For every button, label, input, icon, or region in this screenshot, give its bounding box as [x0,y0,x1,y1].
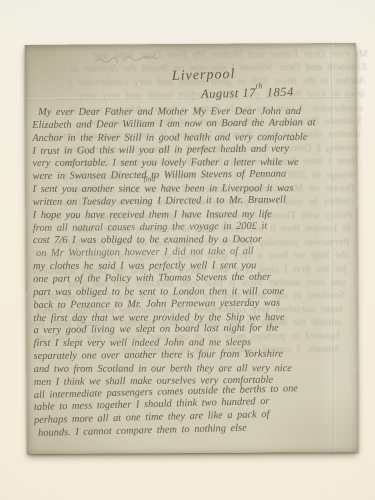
letter-line: a very good living we slept on board las… [33,322,357,338]
letter-line: one part of the Policy with Thomas Steve… [33,271,357,287]
letter-paper: My ever Dear Father and Mother My Ever D… [25,43,358,454]
letter-line: back to Penzance to Mr. John Permewan ye… [33,297,357,313]
letter-date-daymonth: August 17 [201,86,256,101]
letter-line: Elizabeth and Dear William I am now on B… [32,117,356,133]
letter-date: August 17th 1854 [201,84,294,102]
pencil-annotation-scribble [93,52,163,68]
letter-line: separately one over another there is fou… [34,348,358,364]
letter-line: written on Tuesday evening I Directed it… [33,194,357,210]
letter-line: were in Swansea Directed to William Stev… [33,168,357,184]
letter-body: My ever Dear Father and Mother My Ever D… [25,105,358,441]
photo-backdrop: My ever Dear Father and Mother My Ever D… [0,0,375,500]
letter-date-ordinal: th [256,81,263,90]
letter-line: on Mr Worthington however I did not take… [36,245,357,261]
letter-line: from all natural causes during the voyag… [33,219,357,235]
letter-place: Liverpool [172,67,236,85]
letter-date-year: 1854 [267,85,294,100]
letter-line: I trust in God this will you all in perf… [32,142,356,158]
